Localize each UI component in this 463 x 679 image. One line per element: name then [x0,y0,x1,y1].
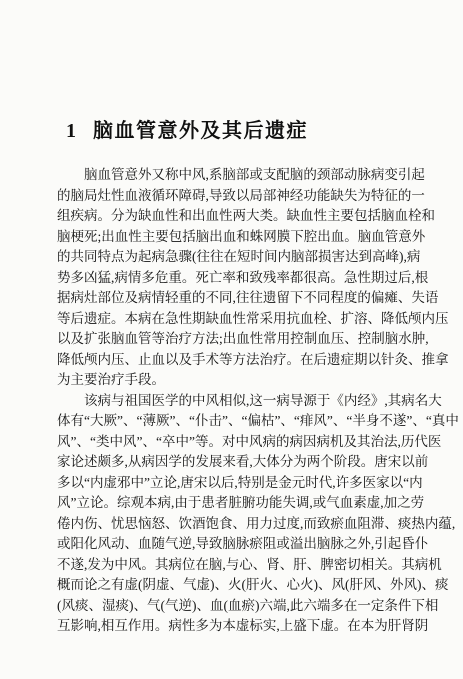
text-line: 为主要治疗手段。 [57,370,411,391]
chapter-number: 1 [66,120,76,143]
text-line: 脑梗死;出血性主要包括脑出血和蛛网膜下腔出血。脑血管意外 [57,227,411,248]
text-line: 倦内伤、忧思恼怒、饮酒饱食、用力过度,而致瘀血阻滞、痰热内蕴, [57,514,411,535]
text-line: 的共同特点为起病急骤(往往在短时间内脑部损害达到高峰),病 [57,247,411,268]
text-line: 互影响,相互作用。病性多为本虚标实,上盛下虚。在本为肝肾阴 [57,616,411,637]
text-line: 多以“内虚邪中”立论,唐宋以后,特别是金元时代,许多医家以“内 [57,473,411,494]
chapter-title: 脑血管意外及其后遗症 [93,120,308,142]
text-line: 风”立论。综观本病,由于患者脏腑功能失调,或气血素虚,加之劳 [57,493,411,514]
text-line: 体有“大厥”、“薄厥”、“仆击”、“偏枯”、“痱风”、“半身不遂”、“真中 [57,411,411,432]
text-line: 家论述颇多,从病因学的发展来看,大体分为两个阶段。唐宋以前 [57,452,411,473]
text-line: 或阳化风动、血随气逆,导致脑脉瘀阻或溢出脑脉之外,引起昏仆 [57,534,411,555]
text-line: 该病与祖国医学的中风相似,这一病导源于《内经》,其病名大 [57,391,411,412]
text-line: 以及扩张脑血管等治疗方法;出血性常用控制血压、控制脑水肿, [57,329,411,350]
text-line: 的脑局灶性血液循环障碍,导致以局部神经功能缺失为特征的一 [57,186,411,207]
paragraph: 该病与祖国医学的中风相似,这一病导源于《内经》,其病名大体有“大厥”、“薄厥”、… [57,391,411,637]
book-page: 1脑血管意外及其后遗症 脑血管意外又称中风,系脑部或支配脑的颈部动脉病变引起的脑… [0,0,463,679]
text-line: 不遂,发为中风。其病位在脑,与心、肾、肝、脾密切相关。其病机 [57,555,411,576]
body-text: 脑血管意外又称中风,系脑部或支配脑的颈部动脉病变引起的脑局灶性血液循环障碍,导致… [57,165,411,637]
text-line: 概而论之有虚(阴虚、气虚)、火(肝火、心火)、风(肝风、外风)、痰 [57,575,411,596]
text-line: 脑血管意外又称中风,系脑部或支配脑的颈部动脉病变引起 [57,165,411,186]
text-line: 势多凶猛,病情多危重。死亡率和致残率都很高。急性期过后,根 [57,268,411,289]
text-line: 风”、“类中风”、“卒中”等。对中风病的病因病机及其治法,历代医 [57,432,411,453]
text-line: 组疾病。分为缺血性和出血性两大类。缺血性主要包括脑血栓和 [57,206,411,227]
text-line: 据病灶部位及病情轻重的不同,往往遗留下不同程度的偏瘫、失语 [57,288,411,309]
text-line: 降低颅内压、止血以及手术等方法治疗。在后遗症期以针灸、推拿 [57,350,411,371]
paragraph: 脑血管意外又称中风,系脑部或支配脑的颈部动脉病变引起的脑局灶性血液循环障碍,导致… [57,165,411,391]
text-line: 等后遗症。本病在急性期缺血性常采用抗血栓、扩溶、降低颅内压 [57,309,411,330]
text-line: (风痰、湿痰)、气(气逆)、血(血瘀)六端,此六端多在一定条件下相 [57,596,411,617]
chapter-heading: 1脑血管意外及其后遗症 [66,114,308,143]
